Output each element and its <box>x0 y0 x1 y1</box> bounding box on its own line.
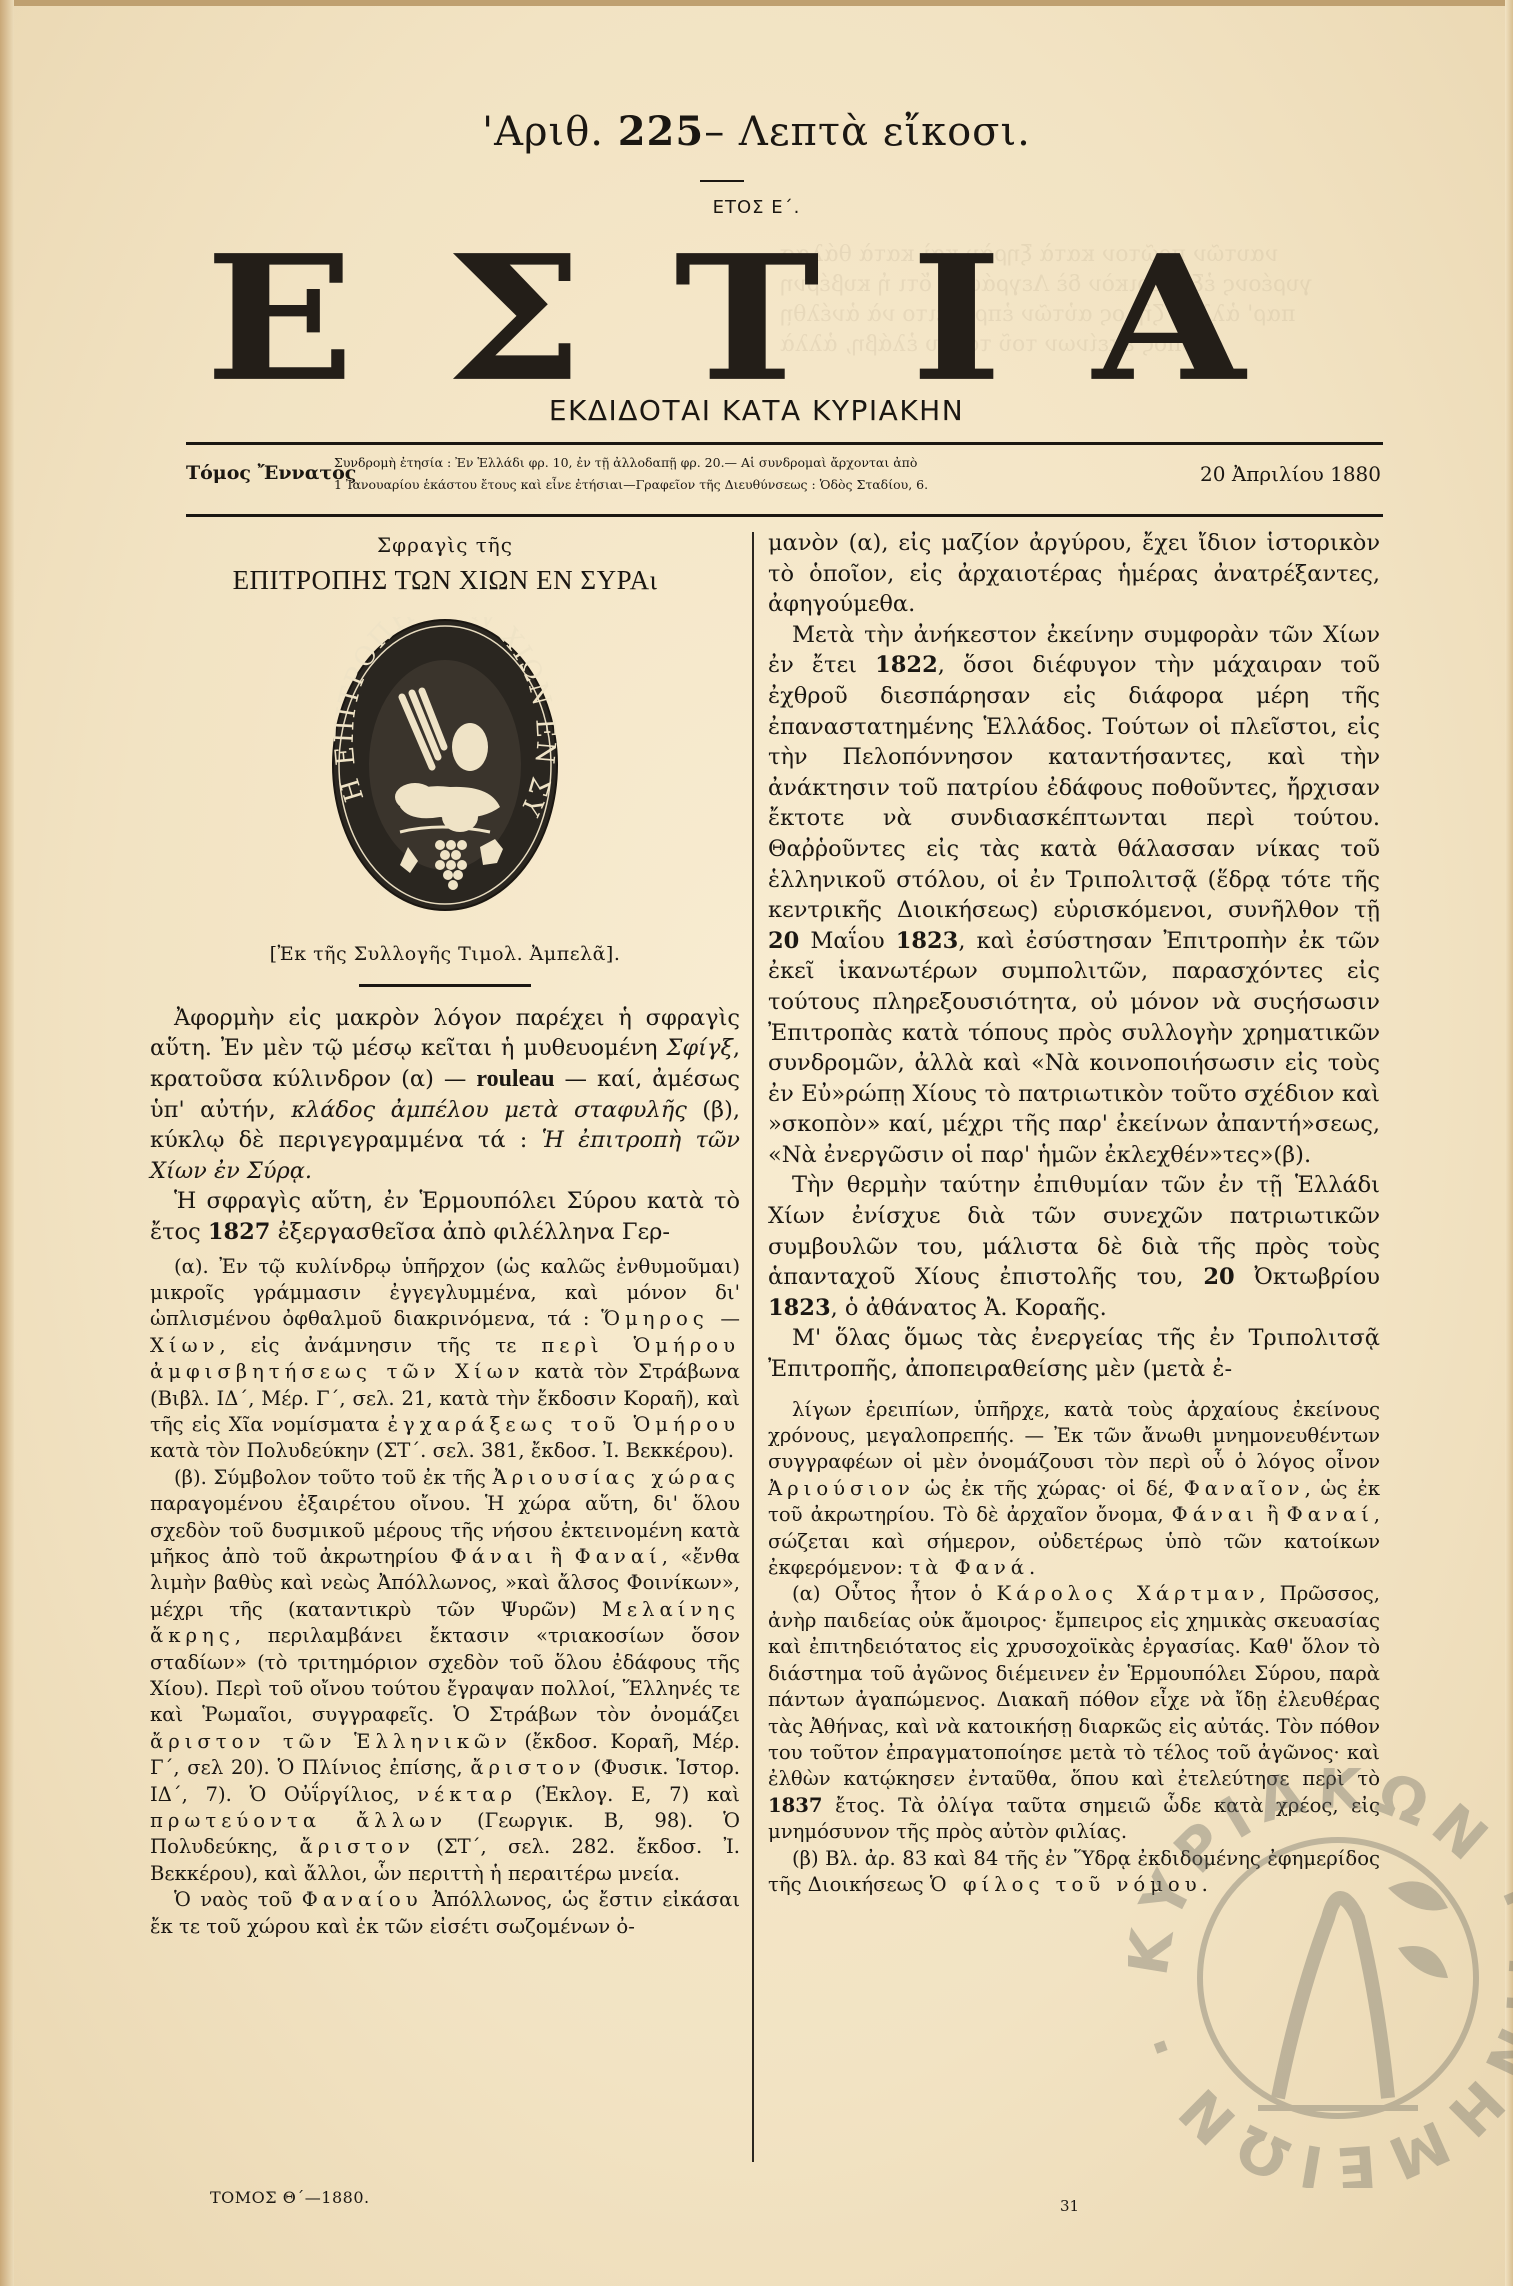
article-title: ΕΠΙΤΡΟΠΗΣ ΤΩΝ ΧΙΩΝ ΕΝ ΣΥΡΑι <box>150 565 740 596</box>
left-column: Σφραγὶς τῆς ΕΠΙΤΡΟΠΗΣ ΤΩΝ ΧΙΩΝ ΕΝ ΣΥΡΑι … <box>150 528 740 1940</box>
right-body-text: μανὸν (α), εἰς μαζίον ἀργύρου, ἔχει ἴδιο… <box>768 528 1380 1385</box>
volume-footer: ΤΟΜΟΣ Θ΄—1880. <box>210 2188 370 2207</box>
text-run: Ὀκτωβρίου <box>1235 1264 1380 1290</box>
issue-number: 225 <box>618 108 705 155</box>
text-run: ἄριστον τῶν Ἑλληνικῶν <box>150 1730 512 1753</box>
text-run: ἄριστον <box>300 1835 415 1858</box>
seal-caption: [Ἐκ τῆς Συλλογῆς Τιμολ. Ἀμπελᾶ]. <box>150 939 740 970</box>
header-rule-top <box>186 442 1383 445</box>
text-run: Ἀριούσιον <box>768 1477 915 1500</box>
text-run: Σφίγξ <box>667 1035 733 1061</box>
masthead-letter: Ε <box>205 253 354 385</box>
subscription-line-2: 1 Ἰανουαρίου ἑκάστου ἔτους καὶ εἶνε ἐτήσ… <box>334 474 1139 496</box>
text-run: ἢ <box>538 1545 575 1568</box>
page-number: 31 <box>1060 2197 1079 2215</box>
text-run: , εἰς ἀνάμνησιν τῆς τε <box>220 1334 542 1357</box>
volume-label: Τόμος Ἔννατος <box>186 462 356 484</box>
text-run: 20 <box>768 928 799 954</box>
newspaper-page: ναυτῶν πρῶτον κατὰ ξηρὰν καὶ κατὰ θάλασ … <box>0 0 1513 2286</box>
text-run: ἐγχαράξεως τοῦ Ὁμήρου <box>388 1413 740 1436</box>
paragraph: Μετὰ τὴν ἀνήκεστον ἐκείνην συμφορὰν τῶν … <box>768 620 1380 1171</box>
text-run: — <box>709 1307 740 1330</box>
issue-date: 20 Ἀπριλίου 1880 <box>1200 462 1381 486</box>
issue-prefix: 'Αριθ. <box>482 109 604 155</box>
text-run: Φάναι <box>1172 1503 1259 1526</box>
text-run: Ὁ ναὸς τοῦ <box>174 1888 302 1911</box>
paragraph: Ἡ σφραγὶς αὕτη, ἐν Ἑρμουπόλει Σύρου κατὰ… <box>150 1186 740 1247</box>
footnote: (α). Ἐν τῷ κυλίνδρῳ ὑπῆρχον (ὡς καλῶς ἐν… <box>150 1254 740 1465</box>
column-divider <box>752 532 754 2162</box>
text-run: , ὁ ἀθάνατος Ἀ. Κοραῆς. <box>831 1295 1107 1321</box>
page-edge-right <box>1505 0 1513 2286</box>
page-edge-left <box>0 0 14 2286</box>
text-run: Ἀφορμὴν εἰς μακρὸν λόγον παρέχει ἡ σφραγ… <box>150 1005 740 1062</box>
text-run: , περιλαμβάνει ἔκτασιν «τριακοσίων ὅσον … <box>150 1624 740 1726</box>
paragraph: Μ' ὅλας ὅμως τὰς ἐνεργείας τῆς ἐν Τριπολ… <box>768 1323 1380 1384</box>
footnote: Ὁ ναὸς τοῦ Φαναίου Ἀπόλλωνος, ὡς ἔστιν ε… <box>150 1887 740 1940</box>
text-run: , καὶ ἐσύστησαν Ἐπιτροπὴν ἐκ τῶν ἐκεῖ ἱκ… <box>768 928 1380 1168</box>
text-run: (β). Σύμβολον τοῦτο τοῦ ἐκ τῆς <box>174 1466 492 1489</box>
masthead-letter: Σ <box>445 253 584 385</box>
text-run: 1823 <box>768 1295 831 1321</box>
text-run: λίγων ἐρειπίων, ὑπῆρχε, κατὰ τοὺς ἀρχαίο… <box>768 1398 1380 1474</box>
text-run: μανὸν (α), εἰς μαζίον ἀργύρου, ἔχει ἴδιο… <box>768 530 1380 617</box>
text-run: τὰ Φανά. <box>909 1556 1040 1579</box>
issue-number-line: 'Αριθ. 225– Λεπτὰ εἴκοσι. <box>0 108 1513 155</box>
right-footnotes: λίγων ἐρειπίων, ὑπῆρχε, κατὰ τοὺς ἀρχαίο… <box>768 1397 1380 1899</box>
paragraph: μανὸν (α), εἰς μαζίον ἀργύρου, ἔχει ἴδιο… <box>768 528 1380 620</box>
text-run: Μ' ὅλας ὅμως τὰς ἐνεργείας τῆς ἐν Τριπολ… <box>768 1325 1380 1382</box>
text-run: (α) Οὗτος ἦτον ὁ <box>792 1582 996 1605</box>
sphinx-seal-icon: Η ΕΠΙΤΡΟΠΗ ΤΩΝ ΧΙΩΝ ΕΝ ΣΥΡΑ <box>330 617 560 913</box>
masthead-tagline: ΕΚΔΙΔΟΤΑΙ ΚΑΤΑ ΚΥΡΙΑΚΗΝ <box>0 394 1513 427</box>
text-run: Χίων <box>150 1334 220 1357</box>
footnote: (β) Βλ. ἀρ. 83 καὶ 84 τῆς ἐν Ὕδρᾳ ἐκδιδο… <box>768 1846 1380 1899</box>
caption-rule <box>359 984 531 987</box>
text-run: Φαναίου <box>302 1888 423 1911</box>
text-run: , ὅσοι διέφυγον τὴν μάχαιραν τοῦ ἐχθροῦ … <box>768 652 1380 923</box>
text-run: (Ἐκλογ. Ε, 7) καὶ <box>517 1783 740 1806</box>
header-rule-bottom <box>186 514 1383 517</box>
text-run: rouleau <box>476 1066 554 1092</box>
text-run: 1822 <box>875 652 938 678</box>
masthead-letter: Τ <box>674 253 820 385</box>
masthead-letter: Ι <box>911 253 1003 385</box>
text-run: Ἀριουσίας χώρας <box>492 1466 740 1489</box>
seal-illustration: Η ΕΠΙΤΡΟΠΗ ΤΩΝ ΧΙΩΝ ΕΝ ΣΥΡΑ <box>330 617 560 913</box>
text-run: Φαναί <box>575 1545 662 1568</box>
footnote: (β). Σύμβολον τοῦτο τοῦ ἐκ τῆς Ἀριουσίας… <box>150 1465 740 1888</box>
footnote: λίγων ἐρειπίων, ὑπῆρχε, κατὰ τοὺς ἀρχαίο… <box>768 1397 1380 1582</box>
text-run: 1827 <box>208 1219 271 1245</box>
text-run: ἔτος. Τὰ ὀλίγα ταῦτα σημειῶ ὧδε κατὰ χρέ… <box>768 1794 1380 1843</box>
text-run: Κάρολος Χάρτμαν <box>996 1582 1259 1605</box>
masthead-letter: Α <box>1093 253 1245 385</box>
text-run: ὡς ἐκ τῆς χώρας· οἱ δέ, <box>915 1477 1184 1500</box>
text-run: , Πρῶσσος, ἀνὴρ παιδείας οὐκ ἄμοιρος· ἔμ… <box>768 1582 1380 1790</box>
subscription-line-1: Συνδρομὴ ἐτησία : Ἐν Ἑλλάδι φρ. 10, ἐν τ… <box>334 452 1139 474</box>
header-short-rule <box>700 180 744 182</box>
text-run: Φάναι <box>451 1545 538 1568</box>
text-run: ἢ <box>1259 1503 1287 1526</box>
publication-year: ΕΤΟΣ Ε΄. <box>0 197 1513 218</box>
subscription-info: Συνδρομὴ ἐτησία : Ἐν Ἑλλάδι φρ. 10, ἐν τ… <box>334 452 1139 496</box>
text-run: Φαναί <box>1287 1503 1374 1526</box>
text-run: Μαΐου <box>799 928 895 954</box>
issue-price: – Λεπτὰ εἴκοσι. <box>704 109 1031 155</box>
footnote: (α) Οὗτος ἦτον ὁ Κάρολος Χάρτμαν, Πρῶσσο… <box>768 1581 1380 1845</box>
paragraph: Ἀφορμὴν εἰς μακρὸν λόγον παρέχει ἡ σφραγ… <box>150 1003 740 1187</box>
page-edge-top <box>0 0 1513 6</box>
text-run: κατὰ τὸν Πολυδεύκην (ΣΤ΄. σελ. 381, ἔκδο… <box>150 1439 734 1462</box>
text-run: ἄριστον <box>470 1756 585 1779</box>
text-run: 1823 <box>896 928 959 954</box>
text-run: Φαναῖον <box>1184 1477 1305 1500</box>
text-run: πρωτεύοντα ἄλλων <box>150 1809 447 1832</box>
paragraph: Τὴν θερμὴν ταύτην ἐπιθυμίαν τῶν ἐν τῇ Ἑλ… <box>768 1170 1380 1323</box>
article-kicker: Σφραγὶς τῆς <box>150 530 740 561</box>
masthead-title: Ε Σ Τ Ι Α <box>205 235 1245 385</box>
info-row: Τόμος Ἔννατος Συνδρομὴ ἐτησία : Ἐν Ἑλλάδ… <box>186 452 1381 508</box>
left-footnotes: (α). Ἐν τῷ κυλίνδρῳ ὑπῆρχον (ὡς καλῶς ἐν… <box>150 1254 740 1941</box>
text-run: νέκταρ <box>417 1783 517 1806</box>
text-run: Ὁ φίλος τοῦ νόμου. <box>930 1873 1213 1896</box>
text-run: Ὅμηρος <box>601 1307 709 1330</box>
text-run: 20 <box>1203 1264 1234 1290</box>
text-run: κλάδος ἀμπέλου μετὰ σταφυλῆς <box>291 1097 687 1123</box>
text-run: 1837 <box>768 1794 823 1817</box>
text-run: ἐξεργασθεῖσα ἀπὸ φιλέλληνα Γερ- <box>270 1219 670 1245</box>
left-body-text: Ἀφορμὴν εἰς μακρὸν λόγον παρέχει ἡ σφραγ… <box>150 1003 740 1248</box>
right-column: μανὸν (α), εἰς μαζίον ἀργύρου, ἔχει ἴδιο… <box>768 528 1380 1898</box>
